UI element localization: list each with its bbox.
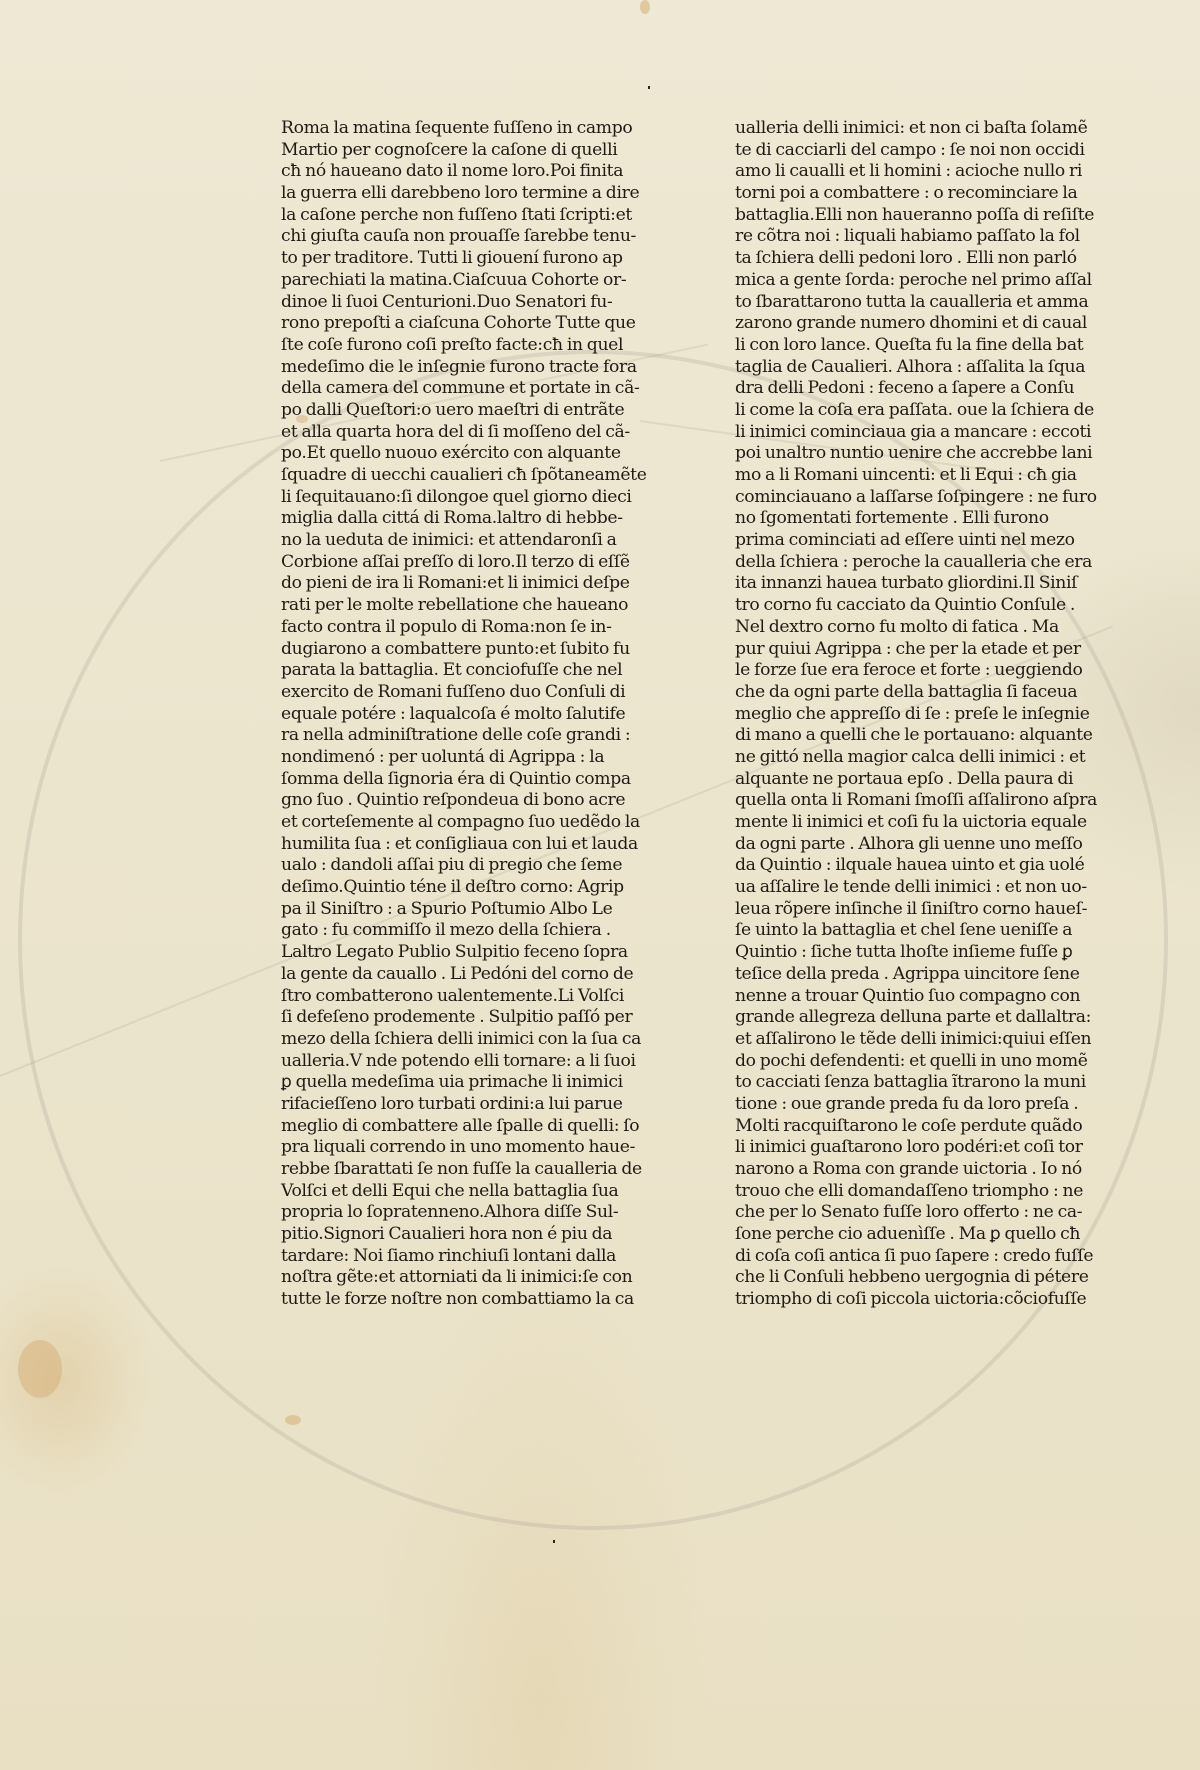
text-line: tione : oue grande preda fu da loro preſ… xyxy=(735,1094,1105,1116)
text-line: et corteſemente al compagno ſuo uedẽdo l… xyxy=(281,812,641,834)
text-line: Quintio : ſiche tutta lhoſte inſieme fuſ… xyxy=(735,942,1105,964)
text-line: ua aſſalire le tende delli inimici : et … xyxy=(735,877,1105,899)
text-line: to ſbarattarono tutta la caualleria et a… xyxy=(735,292,1105,314)
text-line: medeſimo die le inſegnie furono tracte f… xyxy=(281,357,641,379)
text-line: li inimici guaſtarono loro podéri:et coſ… xyxy=(735,1137,1105,1159)
text-line: ſtro combatterono ualentemente.Li Volſci xyxy=(281,986,641,1008)
text-line: ualleria delli inimici: et non ci baſta … xyxy=(735,118,1105,140)
text-line: rebbe ſbarattati ſe non fuſſe la caualle… xyxy=(281,1159,641,1181)
text-line: rono prepoſti a ciaſcuna Cohorte Tutte q… xyxy=(281,313,641,335)
text-line: teſice della preda . Agrippa uincitore ſ… xyxy=(735,964,1105,986)
text-line: grande allegreza delluna parte et dallal… xyxy=(735,1007,1105,1029)
text-line: quella onta li Romani ſmoſſi aſſalirono … xyxy=(735,790,1105,812)
text-column-left: Roma la matina ſequente fuſſeno in campo… xyxy=(281,118,641,1311)
text-line: ſte coſe furono coſi preſto facte:cħ in … xyxy=(281,335,641,357)
text-line: po.Et quello nuouo exército con alquante xyxy=(281,443,641,465)
text-line: ualleria.V nde potendo elli tornare: a l… xyxy=(281,1051,641,1073)
text-line: trouo che elli domandaſſeno triompho : n… xyxy=(735,1181,1105,1203)
text-line: to per traditore. Tutti li giouení furon… xyxy=(281,248,641,270)
document-page: Roma la matina ſequente fuſſeno in campo… xyxy=(0,0,1200,1770)
text-line: taglia de Caualieri. Alhora : aſſalita l… xyxy=(735,357,1105,379)
text-line: rifacieſſeno loro turbati ordini:a lui p… xyxy=(281,1094,641,1116)
text-line: noſtra gẽte:et attorniati da li inimici:… xyxy=(281,1267,641,1289)
text-line: rati per le molte rebellatione che hauea… xyxy=(281,595,641,617)
text-line: battaglia.Elli non haueranno poſſa di re… xyxy=(735,205,1105,227)
text-line: la caſone perche non fuſſeno ſtati ſcrip… xyxy=(281,205,641,227)
text-line: propria lo ſopratenneno.Alhora diſſe Sul… xyxy=(281,1202,641,1224)
text-line: prima cominciati ad eſſere uinti nel mez… xyxy=(735,530,1105,552)
text-line: dugiarono a combattere punto:et ſubito f… xyxy=(281,639,641,661)
text-line: amo li caualli et li homini : acioche nu… xyxy=(735,161,1105,183)
foxing-stain xyxy=(18,1340,62,1398)
text-line: triompho di coſi piccola uictoria:cõciof… xyxy=(735,1289,1105,1311)
text-line: et aſſalirono le tẽde delli inimici:quiu… xyxy=(735,1029,1105,1051)
text-line: pra liquali correndo in uno momento haue… xyxy=(281,1137,641,1159)
text-line: exercito de Romani fuſſeno duo Conſuli d… xyxy=(281,682,641,704)
foxing-stain xyxy=(285,1415,301,1425)
ink-speck xyxy=(553,1540,555,1543)
text-line: da ogni parte . Alhora gli uenne uno meſ… xyxy=(735,834,1105,856)
text-line: dinoe li ſuoi Centurioni.Duo Senatori fu… xyxy=(281,292,641,314)
text-line: di coſa coſi antica ſi puo ſapere : cred… xyxy=(735,1246,1105,1268)
text-line: leua rõpere inſinche il ſiniſtro corno h… xyxy=(735,899,1105,921)
text-line: ne gittó nella magior calca delli inimic… xyxy=(735,747,1105,769)
text-line: li ſequitauano:ſi dilongoe quel giorno d… xyxy=(281,487,641,509)
text-line: Molti racquiſtarono le coſe perdute quãd… xyxy=(735,1116,1105,1138)
text-line: te di cacciarli del campo : ſe noi non o… xyxy=(735,140,1105,162)
text-line: tro corno fu cacciato da Quintio Conſule… xyxy=(735,595,1105,617)
text-line: facto contra il populo di Roma:non ſe in… xyxy=(281,617,641,639)
text-line: nondimenó : per uoluntá di Agrippa : la xyxy=(281,747,641,769)
text-line: ſone perche cio aduenìſſe . Ma ꝑ quello … xyxy=(735,1224,1105,1246)
text-line: ualo : dandoli aſſai piu di pregio che ſ… xyxy=(281,855,641,877)
text-line: deſimo.Quintio téne il deſtro corno: Agr… xyxy=(281,877,641,899)
text-line: li come la coſa era paſſata. oue la ſchi… xyxy=(735,400,1105,422)
text-line: alquante ne portaua epſo . Della paura d… xyxy=(735,769,1105,791)
text-line: re cõtra noi : liquali habiamo paſſato l… xyxy=(735,226,1105,248)
text-line: che per lo Senato fuſſe loro offerto : n… xyxy=(735,1202,1105,1224)
text-line: humilita ſua : et conſigliaua con lui et… xyxy=(281,834,641,856)
text-line: meglio che appreſſo di ſe : preſe le inſ… xyxy=(735,704,1105,726)
text-line: ſi defeſeno prodemente . Sulpitio paſſó … xyxy=(281,1007,641,1029)
text-column-right: ualleria delli inimici: et non ci baſta … xyxy=(735,118,1105,1311)
text-line: parechiati la matina.Ciaſcuua Cohorte or… xyxy=(281,270,641,292)
text-line: ta ſchiera delli pedoni loro . Elli non … xyxy=(735,248,1105,270)
text-line: da Quintio : ilquale hauea uinto et gia … xyxy=(735,855,1105,877)
text-line: to cacciati ſenza battaglia ĩtrarono la … xyxy=(735,1072,1105,1094)
text-line: mente li inimici et coſi fu la uictoria … xyxy=(735,812,1105,834)
text-line: cħ nó haueano dato il nome loro.Poi fini… xyxy=(281,161,641,183)
ink-speck xyxy=(648,86,650,89)
text-line: Nel dextro corno fu molto di fatica . Ma xyxy=(735,617,1105,639)
text-line: Martio per cognoſcere la caſone di quell… xyxy=(281,140,641,162)
text-line: che da ogni parte della battaglia ſi fac… xyxy=(735,682,1105,704)
text-line: equale potére : laqualcoſa é molto ſalut… xyxy=(281,704,641,726)
text-line: cominciauano a laſſarse ſoſpingere : ne … xyxy=(735,487,1105,509)
text-line: di mano a quelli che le portauano: alqua… xyxy=(735,725,1105,747)
text-line: tardare: Noi ſiamo rinchiuſi lontani dal… xyxy=(281,1246,641,1268)
text-line: ſe uinto la battaglia et chel ſene ueniſ… xyxy=(735,920,1105,942)
text-line: della ſchiera : peroche la caualleria ch… xyxy=(735,552,1105,574)
text-line: et alla quarta hora del di ſi moſſeno de… xyxy=(281,422,641,444)
text-line: Roma la matina ſequente fuſſeno in campo xyxy=(281,118,641,140)
text-line: narono a Roma con grande uictoria . Io n… xyxy=(735,1159,1105,1181)
text-line: no la ueduta de inimici: et attendaronſi… xyxy=(281,530,641,552)
text-line: poi unaltro nuntio uenire che accrebbe l… xyxy=(735,443,1105,465)
text-line: ꝑ quella medeſima uia primache li inimic… xyxy=(281,1072,641,1094)
text-line: Volſci et delli Equi che nella battaglia… xyxy=(281,1181,641,1203)
text-line: la gente da cauallo . Li Pedóni del corn… xyxy=(281,964,641,986)
text-line: do pieni de ira li Romani:et li inimici … xyxy=(281,573,641,595)
text-line: pitio.Signori Caualieri hora non é piu d… xyxy=(281,1224,641,1246)
text-line: po dalli Queſtori:o uero maeſtri di entr… xyxy=(281,400,641,422)
text-line: gno ſuo . Quintio reſpondeua di bono acr… xyxy=(281,790,641,812)
text-line: della camera del commune et portate in c… xyxy=(281,378,641,400)
text-line: chi giuſta cauſa non prouaſſe ſarebbe te… xyxy=(281,226,641,248)
text-line: mezo della ſchiera delli inimici con la … xyxy=(281,1029,641,1051)
text-line: dra delli Pedoni : feceno a ſapere a Con… xyxy=(735,378,1105,400)
text-line: nenne a trouar Quintio ſuo compagno con xyxy=(735,986,1105,1008)
text-line: parata la battaglia. Et conciofuſſe che … xyxy=(281,660,641,682)
text-line: pa il Siniſtro : a Spurio Poſtumio Albo … xyxy=(281,899,641,921)
text-line: Corbione aſſai preſſo di loro.Il terzo d… xyxy=(281,552,641,574)
text-line: mo a li Romani uincenti: et li Equi : cħ… xyxy=(735,465,1105,487)
text-line: ſomma della ſignoria éra di Quintio comp… xyxy=(281,769,641,791)
text-line: meglio di combattere alle ſpalle di quel… xyxy=(281,1116,641,1138)
text-line: li inimici cominciaua gia a mancare : ec… xyxy=(735,422,1105,444)
text-line: Laltro Legato Publio Sulpitio feceno ſop… xyxy=(281,942,641,964)
text-line: gato : fu commiſſo il mezo della ſchiera… xyxy=(281,920,641,942)
text-line: che li Conſuli hebbeno uergognia di péte… xyxy=(735,1267,1105,1289)
text-line: do pochi defendenti: et quelli in uno mo… xyxy=(735,1051,1105,1073)
text-line: ita innanzi hauea turbato gliordini.Il S… xyxy=(735,573,1105,595)
text-line: mica a gente ſorda: peroche nel primo aſ… xyxy=(735,270,1105,292)
text-line: no ſgomentati fortemente . Elli furono xyxy=(735,508,1105,530)
text-line: tutte le forze noſtre non combattiamo la… xyxy=(281,1289,641,1311)
text-line: ra nella adminiſtratione delle coſe gran… xyxy=(281,725,641,747)
text-line: le forze ſue era feroce et forte : ueggi… xyxy=(735,660,1105,682)
text-line: li con loro lance. Queſta fu la fine del… xyxy=(735,335,1105,357)
text-line: miglia dalla cittá di Roma.laltro di heb… xyxy=(281,508,641,530)
text-line: zarono grande numero dhomini et di caual xyxy=(735,313,1105,335)
text-line: la guerra elli darebbeno loro termine a … xyxy=(281,183,641,205)
text-line: torni poi a combattere : o recominciare … xyxy=(735,183,1105,205)
text-line: ſquadre di uecchi caualieri cħ ſpõtaneam… xyxy=(281,465,641,487)
foxing-stain xyxy=(640,0,650,14)
text-line: pur quiui Agrippa : che per la etade et … xyxy=(735,639,1105,661)
